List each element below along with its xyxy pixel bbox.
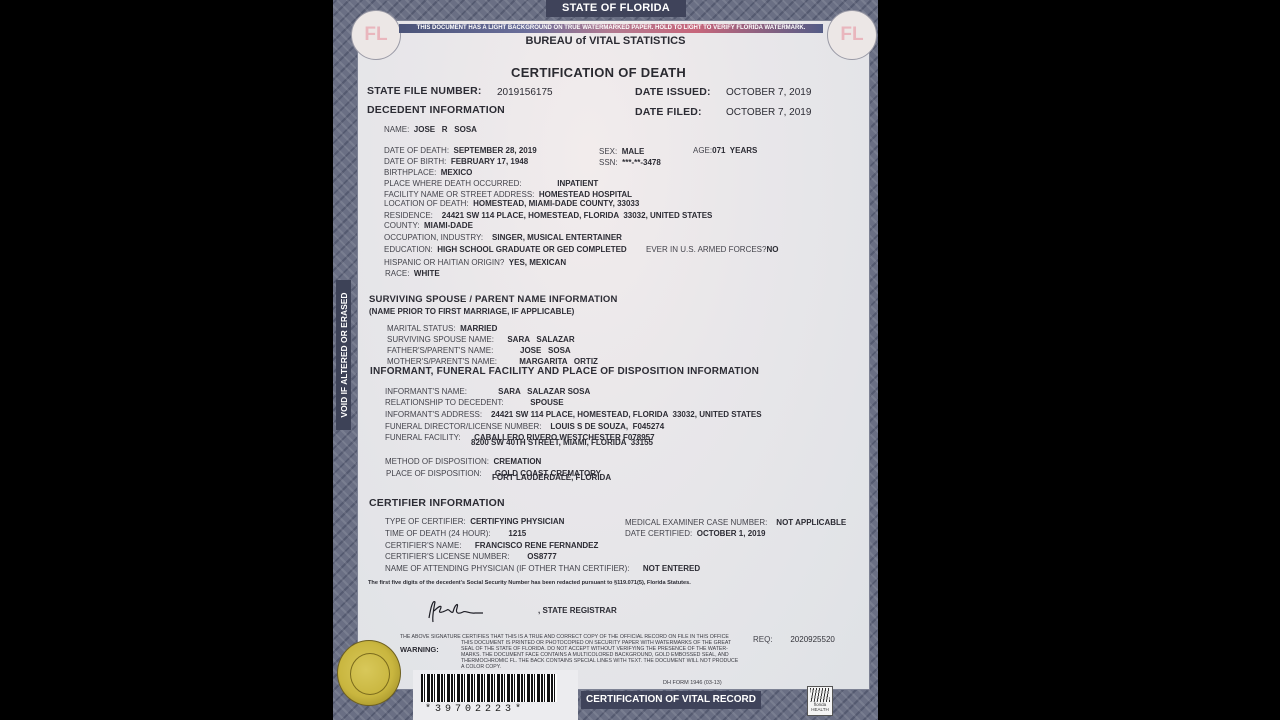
barcode-number: *39702223* <box>425 704 525 715</box>
state-file-number: 2019156175 <box>497 87 553 98</box>
state-file-number-label: STATE FILE NUMBER: <box>367 85 482 97</box>
certifier-heading: CERTIFIER INFORMATION <box>369 497 505 509</box>
date-filed: OCTOBER 7, 2019 <box>726 107 811 118</box>
field-armed-forces: EVER IN U.S. ARMED FORCES?NO <box>646 239 778 257</box>
field-name: NAME: JOSE R SOSA <box>384 119 477 137</box>
place-of-disposition-city: FORT LAUDERDALE, FLORIDA <box>492 473 611 482</box>
informant-heading: INFORMANT, FUNERAL FACILITY AND PLACE OF… <box>370 366 759 377</box>
void-strip: VOID IF ALTERED OR ERASED <box>336 280 351 430</box>
spouse-parent-heading: SURVIVING SPOUSE / PARENT NAME INFORMATI… <box>369 294 618 305</box>
decedent-heading: DECEDENT INFORMATION <box>367 104 505 116</box>
request-number: REQ: 2020925520 <box>753 629 835 647</box>
funeral-facility-address: 8200 SW 40TH STREET, MIAMI, FLORIDA 3315… <box>471 438 653 447</box>
document-title: CERTIFICATION OF DEATH <box>511 65 686 80</box>
barcode-icon <box>421 674 557 702</box>
field-age: AGE:071 YEARS <box>693 140 757 158</box>
ssn-redaction-note: The first five digits of the decedent's … <box>368 580 691 586</box>
watermark-notice: THIS DOCUMENT HAS A LIGHT BACKGROUND ON … <box>399 24 823 33</box>
form-number: DH FORM 1946 (03-13) <box>663 680 722 686</box>
field-ssn: SSN: ***-**-3478 <box>599 152 661 170</box>
bureau-title: BUREAU of VITAL STATISTICS <box>333 35 878 47</box>
warning-text: THIS DOCUMENT IS PRINTED OR PHOTOCOPIED … <box>461 640 738 670</box>
certification-of-vital-record-banner: CERTIFICATION OF VITAL RECORD <box>581 691 761 709</box>
date-issued-label: DATE ISSUED: <box>635 86 711 98</box>
field-race: RACE: WHITE <box>385 263 440 281</box>
great-seal-of-florida-icon <box>337 640 401 706</box>
state-banner: STATE OF FLORIDA <box>546 0 686 17</box>
date-issued: OCTOBER 7, 2019 <box>726 87 811 98</box>
void-text: VOID IF ALTERED OR ERASED <box>339 292 349 417</box>
field-attending-physician: NAME OF ATTENDING PHYSICIAN (IF OTHER TH… <box>385 558 700 576</box>
death-certificate-document: STATE OF FLORIDA FL FL THIS DOCUMENT HAS… <box>333 0 878 720</box>
registrar-signature <box>425 596 485 626</box>
field-date-certified: DATE CERTIFIED: OCTOBER 1, 2019 <box>625 523 766 541</box>
date-filed-label: DATE FILED: <box>635 106 702 118</box>
spouse-parent-subheading: (NAME PRIOR TO FIRST MARRIAGE, IF APPLIC… <box>369 307 574 316</box>
state-registrar-label: , STATE REGISTRAR <box>538 606 617 615</box>
florida-health-logo-icon: florida HEALTH <box>807 686 833 716</box>
warning-label: WARNING: <box>400 645 439 654</box>
